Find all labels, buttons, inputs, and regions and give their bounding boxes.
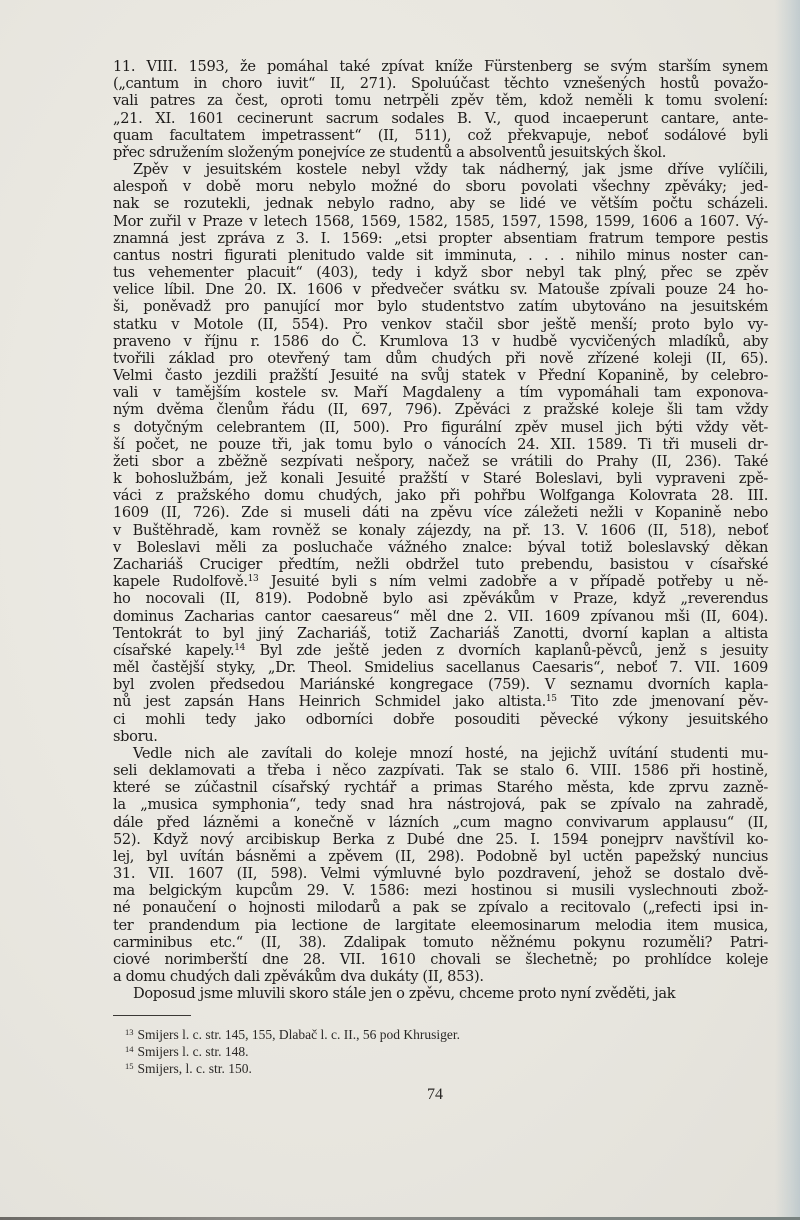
page-number: 74 bbox=[427, 1086, 443, 1104]
text-line: k bohoslužbám, jež konali Jesuité pražšt… bbox=[113, 470, 768, 487]
text-line: znamná jest zpráva z 3. I. 1569: „etsi p… bbox=[113, 230, 768, 247]
text-line: né ponaučení o hojnosti milodarů a pak s… bbox=[113, 899, 768, 916]
scanned-book-page: 11. VIII. 1593, že pomáhal také zpívat k… bbox=[0, 0, 800, 1220]
text-line: byl zvolen předsedou Mariánské kongregac… bbox=[113, 676, 768, 693]
text-line: císařské kapely.14 Byl zde ještě jeden z… bbox=[113, 642, 768, 659]
text-line: statku v Motole (II, 554). Pro venkov st… bbox=[113, 316, 768, 333]
footnote-text: Smijers l. c. str. 145, 155, Dlabač l. c… bbox=[138, 1027, 460, 1042]
text-line: ným dvěma členům řádu (II, 697, 796). Zp… bbox=[113, 401, 768, 418]
text-line: seli deklamovati a třeba i něco zazpívat… bbox=[113, 762, 768, 779]
text-line: alespoň v době moru nebylo možné do sbor… bbox=[113, 178, 768, 195]
text-line: vali v tamějším kostele sv. Maří Magdale… bbox=[113, 384, 768, 401]
text-line: la „musica symphonia“, tedy snad hra nás… bbox=[113, 796, 768, 813]
text-line: ci mohli tedy jako odborníci dobře posou… bbox=[113, 711, 768, 728]
text-line: 31. VII. 1607 (II, 598). Velmi výmluvné … bbox=[113, 865, 768, 882]
body-text: 11. VIII. 1593, že pomáhal také zpívat k… bbox=[113, 58, 768, 1002]
text-line: Zachariáš Cruciger předtím, nežli obdrže… bbox=[113, 556, 768, 573]
text-line: přec sdružením složeným ponejvíce ze stu… bbox=[113, 144, 768, 161]
footnotes: 13Smijers l. c. str. 145, 155, Dlabač l.… bbox=[125, 1025, 625, 1077]
text-line: Vedle nich ale zavítali do koleje mnozí … bbox=[113, 745, 768, 762]
text-line: kapele Rudolfově.13 Jesuité byli s ním v… bbox=[113, 573, 768, 590]
text-line: a domu chudých dali zpěvákům dva dukáty … bbox=[113, 968, 768, 985]
footnote-reference: 13 bbox=[248, 574, 259, 584]
text-line: Tentokrát to byl jiný Zachariáš, totiž Z… bbox=[113, 625, 768, 642]
text-line: („cantum in choro iuvit“ II, 271). Spolu… bbox=[113, 75, 768, 92]
text-line: lej, byl uvítán básněmi a zpěvem (II, 29… bbox=[113, 848, 768, 865]
footnote-reference: 14 bbox=[234, 643, 245, 653]
text-line: 11. VIII. 1593, že pomáhal také zpívat k… bbox=[113, 58, 768, 75]
text-line: carminibus etc.“ (II, 38). Zdalipak tomu… bbox=[113, 934, 768, 951]
paragraph-2: Zpěv v jesuitském kostele nebyl vždy tak… bbox=[113, 161, 768, 745]
text-line: Zpěv v jesuitském kostele nebyl vždy tak… bbox=[113, 161, 768, 178]
text-line: vali patres za čest, oproti tomu netrpěl… bbox=[113, 92, 768, 109]
footnote-14: 14Smijers l. c. str. 148. bbox=[125, 1042, 625, 1059]
paragraph-3: Vedle nich ale zavítali do koleje mnozí … bbox=[113, 745, 768, 985]
text-line: nak se rozutekli, jednak nebylo radno, a… bbox=[113, 195, 768, 212]
text-line: quam facultatem impetrassent“ (II, 511),… bbox=[113, 127, 768, 144]
text-line: tus vehementer placuit“ (403), tedy i kd… bbox=[113, 264, 768, 281]
footnote-number: 13 bbox=[125, 1027, 134, 1037]
text-line: ši, poněvadž pro panující mor bylo stude… bbox=[113, 298, 768, 315]
text-line: velice líbil. Dne 20. IX. 1606 v předveč… bbox=[113, 281, 768, 298]
text-line: ma belgickým kupcům 29. V. 1586: mezi ho… bbox=[113, 882, 768, 899]
text-line: nů jest zapsán Hans Heinrich Schmidel ja… bbox=[113, 693, 768, 710]
footnote-15: 15Smijers, l. c. str. 150. bbox=[125, 1059, 625, 1076]
text-line: v Buštěhradě, kam rovněž se konaly zájez… bbox=[113, 522, 768, 539]
footnote-text: Smijers l. c. str. 148. bbox=[138, 1044, 249, 1059]
paragraph-1: 11. VIII. 1593, že pomáhal také zpívat k… bbox=[113, 58, 768, 161]
text-line: v Boleslavi měli za posluchače vážného z… bbox=[113, 539, 768, 556]
text-line: 1609 (II, 726). Zde si museli dáti na zp… bbox=[113, 504, 768, 521]
text-line: praveno v říjnu r. 1586 do Č. Krumlova 1… bbox=[113, 333, 768, 350]
text-line: Velmi často jezdili pražští Jesuité na s… bbox=[113, 367, 768, 384]
text-line: ter prandendum pia lectione de largitate… bbox=[113, 917, 768, 934]
text-line: cantus nostri figurati plenitudo valde s… bbox=[113, 247, 768, 264]
footnote-text: Smijers, l. c. str. 150. bbox=[138, 1061, 252, 1076]
text-line: měl častější styky, „Dr. Theol. Smideliu… bbox=[113, 659, 768, 676]
text-line: žeti sbor a zběžně sezpívati nešpory, na… bbox=[113, 453, 768, 470]
footnote-separator bbox=[113, 1015, 191, 1016]
text-line: sboru. bbox=[113, 728, 768, 745]
text-line: Mor zuřil v Praze v letech 1568, 1569, 1… bbox=[113, 213, 768, 230]
footnote-number: 15 bbox=[125, 1061, 134, 1071]
text-line: Doposud jsme mluvili skoro stále jen o z… bbox=[113, 985, 768, 1002]
text-line: dále před lázněmi a konečně v lázních „c… bbox=[113, 814, 768, 831]
text-line: „21. XI. 1601 cecinerunt sacrum sodales … bbox=[113, 110, 768, 127]
text-line: ciové norimberští dne 28. VII. 1610 chov… bbox=[113, 951, 768, 968]
footnote-number: 14 bbox=[125, 1044, 134, 1054]
text-line: s dotyčným celebrantem (II, 500). Pro fi… bbox=[113, 419, 768, 436]
text-line: ší počet, ne pouze tři, jak tomu bylo o … bbox=[113, 436, 768, 453]
text-line: které se zúčastnil císařský rychtář a pr… bbox=[113, 779, 768, 796]
footnote-reference: 15 bbox=[546, 694, 557, 704]
paragraph-4: Doposud jsme mluvili skoro stále jen o z… bbox=[113, 985, 768, 1002]
text-line: 52). Když nový arcibiskup Berka z Dubé d… bbox=[113, 831, 768, 848]
text-line: váci z pražského domu chudých, jako při … bbox=[113, 487, 768, 504]
text-line: tvořili základ pro otevřený tam dům chud… bbox=[113, 350, 768, 367]
text-line: dominus Zacharias cantor caesareus“ měl … bbox=[113, 608, 768, 625]
footnote-13: 13Smijers l. c. str. 145, 155, Dlabač l.… bbox=[125, 1025, 625, 1042]
text-line: ho nocovali (II, 819). Podobně bylo asi … bbox=[113, 590, 768, 607]
